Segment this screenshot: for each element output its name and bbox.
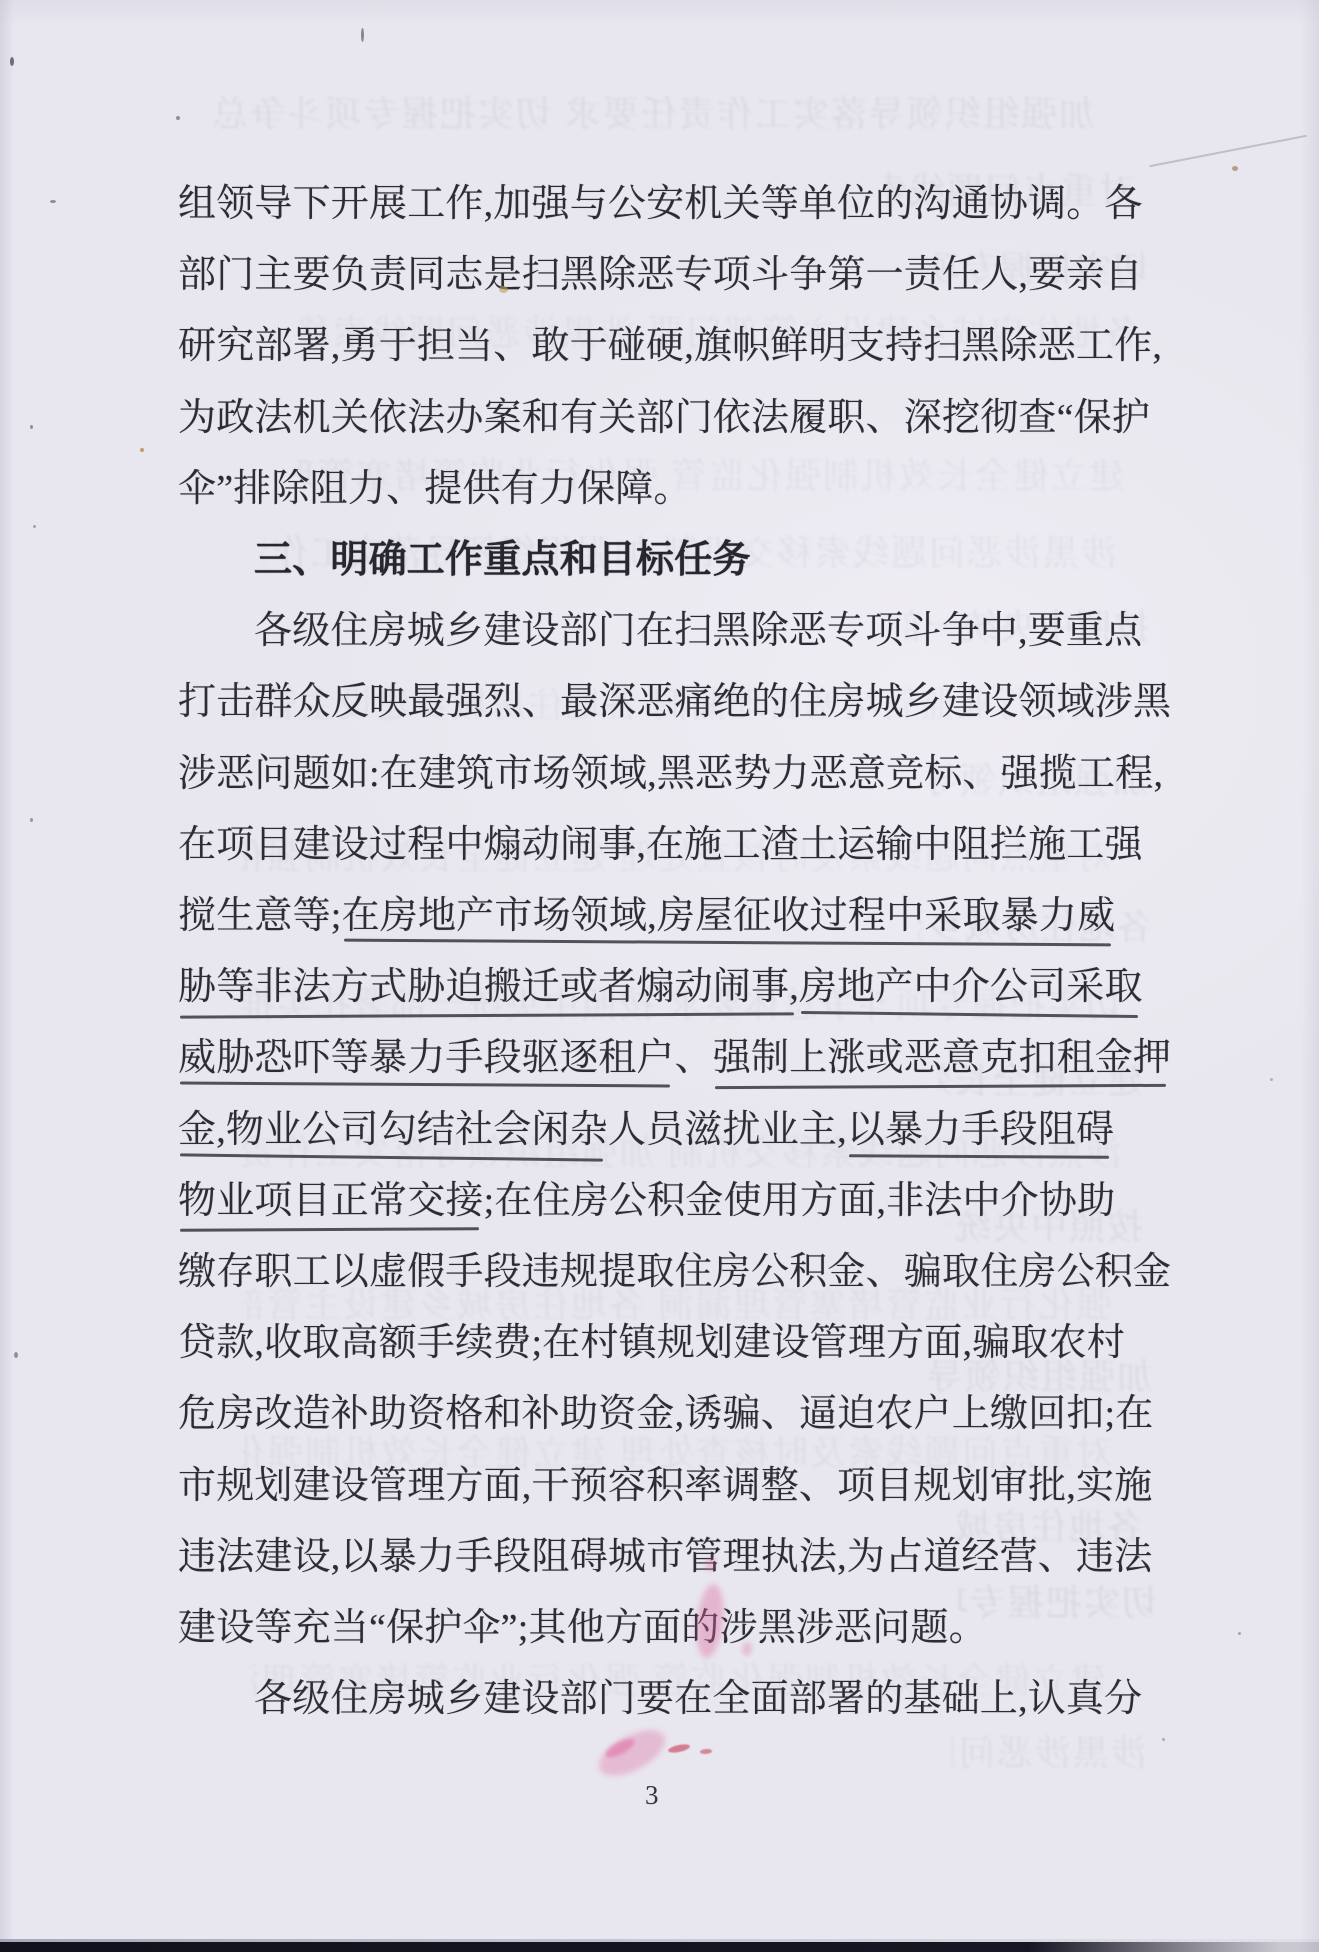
text-segment: 三、明确工作重点和目标任务 — [254, 539, 751, 581]
page-number: 3 — [645, 1780, 660, 1811]
text-segment: 各级住房城乡建设部门要在全面部署的基础上,认真分 — [254, 1678, 1142, 1720]
text-segment: 为政法机关依法办案和有关部门依法履职、深挖彻查“保护 — [178, 397, 1150, 439]
underlined-text: 物业项目正常交接 — [178, 1180, 484, 1222]
text-line: 市规划建设管理方面,干预容积率调整、项目规划审批,实施 — [178, 1465, 1188, 1509]
text-segment: 贷款,收取高额手续费;在村镇规划建设管理方面,骗取农村 — [178, 1322, 1125, 1364]
underlined-text: 金,物业公司勾结社会闲杂 — [178, 1109, 608, 1151]
text-segment: 研究部署,勇于担当、敢于碰硬,旗帜鲜明支持扫黑除恶工作, — [178, 325, 1162, 367]
text-segment: 部门主要负责同志是扫黑除恶专项斗争第一责任人,要亲自 — [178, 254, 1143, 296]
text-line: 为政法机关依法办案和有关部门依法履职、深挖彻查“保护 — [178, 397, 1188, 441]
text-segment: 在项目建设过程中煽动闹事,在施工渣土运输中阻拦施工强 — [178, 824, 1143, 866]
text-line: 涉恶问题如:在建筑市场领域,黑恶势力恶意竞标、强揽工程, — [178, 753, 1188, 797]
underlined-text: 威胁恐吓等暴力手段驱逐租户 — [178, 1037, 675, 1079]
text-line: 组领导下开展工作,加强与公安机关等单位的沟通协调。各 — [178, 183, 1188, 227]
text-segment: 组领导下开展工作,加强与公安机关等单位的沟通协调。各 — [178, 183, 1143, 225]
text-line: 各级住房城乡建设部门要在全面部署的基础上,认真分 — [178, 1678, 1264, 1722]
text-line: 金,物业公司勾结社会闲杂人员滋扰业主,以暴力手段阻碍 — [178, 1109, 1188, 1153]
underlined-text: 胁等非法方式胁迫搬迁或者煽动闹事, — [178, 966, 799, 1008]
text-line: 搅生意等;在房地产市场领域,房屋征收过程中采取暴力威 — [178, 895, 1188, 939]
text-line: 物业项目正常交接;在住房公积金使用方面,非法中介协助 — [178, 1180, 1188, 1224]
text-line: 威胁恐吓等暴力手段驱逐租户、强制上涨或恶意克扣租金押 — [178, 1037, 1188, 1081]
text-segment: 伞”排除阻力、提供有力保障。 — [178, 468, 692, 510]
text-line: 危房改造补助资格和补助资金,诱骗、逼迫农户上缴回扣;在 — [178, 1393, 1188, 1437]
text-line: 研究部署,勇于担当、敢于碰硬,旗帜鲜明支持扫黑除恶工作, — [178, 325, 1188, 369]
scanned-document-page: 加强组织领导落实工作责任要求 切实把握专项斗争总体要求对重点问题线索及时核查处理… — [0, 0, 1319, 1952]
text-line: 建设等充当“保护伞”;其他方面的涉黑涉恶问题。 — [178, 1607, 1188, 1651]
document-text-layer: 组领导下开展工作,加强与公安机关等单位的沟通协调。各部门主要负责同志是扫黑除恶专… — [0, 0, 1319, 1952]
text-segment: 建设等充当“保护伞”;其他方面的涉黑涉恶问题。 — [178, 1607, 987, 1649]
text-line: 胁等非法方式胁迫搬迁或者煽动闹事,房地产中介公司采取 — [178, 966, 1188, 1010]
scan-bottom-edge — [0, 1942, 1319, 1952]
text-line: 各级住房城乡建设部门在扫黑除恶专项斗争中,要重点 — [178, 610, 1264, 654]
text-segment: 市规划建设管理方面,干预容积率调整、项目规划审批,实施 — [178, 1465, 1152, 1507]
underlined-text: 在房地产市场领域,房屋征收过程中采取暴力威 — [342, 895, 1116, 937]
text-segment: 各级住房城乡建设部门在扫黑除恶专项斗争中,要重点 — [254, 610, 1142, 652]
text-line: 违法建设,以暴力手段阻碍城市管理执法,为占道经营、违法 — [178, 1536, 1188, 1580]
text-segment: 缴存职工以虚假手段违规提取住房公积金、骗取住房公积金 — [178, 1251, 1171, 1293]
text-line: 缴存职工以虚假手段违规提取住房公积金、骗取住房公积金 — [178, 1251, 1188, 1295]
underlined-text: 以暴力手段阻碍 — [847, 1109, 1114, 1151]
text-segment: 涉恶问题如:在建筑市场领域,黑恶势力恶意竞标、强揽工程, — [178, 753, 1163, 795]
text-line: 贷款,收取高额手续费;在村镇规划建设管理方面,骗取农村 — [178, 1322, 1188, 1366]
text-segment: 违法建设,以暴力手段阻碍城市管理执法,为占道经营、违法 — [178, 1536, 1152, 1578]
text-segment: ;在住房公积金使用方面,非法中介协助 — [484, 1180, 1116, 1222]
text-segment: 、 — [675, 1037, 713, 1079]
underlined-text: 房地产中介公司采取 — [799, 966, 1143, 1008]
text-line: 打击群众反映最强烈、最深恶痛绝的住房城乡建设领域涉黑 — [178, 681, 1188, 725]
text-segment: 搅生意等; — [178, 895, 342, 937]
text-segment: 人员滋扰业主, — [608, 1109, 847, 1151]
text-segment: 打击群众反映最强烈、最深恶痛绝的住房城乡建设领域涉黑 — [178, 681, 1171, 723]
text-segment: 危房改造补助资格和补助资金,诱骗、逼迫农户上缴回扣;在 — [178, 1393, 1153, 1435]
underlined-text: 强制上涨或恶意克扣租金押 — [713, 1037, 1171, 1079]
text-line: 部门主要负责同志是扫黑除恶专项斗争第一责任人,要亲自 — [178, 254, 1188, 298]
text-line: 在项目建设过程中煽动闹事,在施工渣土运输中阻拦施工强 — [178, 824, 1188, 868]
text-line: 伞”排除阻力、提供有力保障。 — [178, 468, 1188, 512]
section-heading: 三、明确工作重点和目标任务 — [178, 539, 1264, 583]
